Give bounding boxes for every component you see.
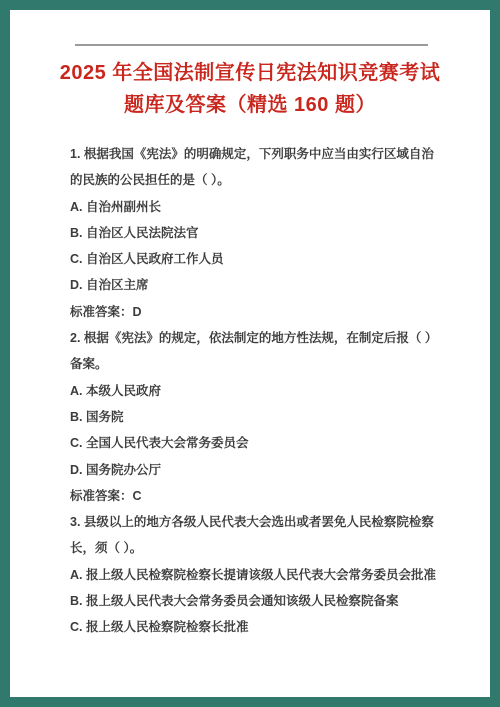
question-1-text-line-2: 的民族的公民担任的是（ ）。 bbox=[70, 167, 460, 193]
document-page: 2025 年全国法制宣传日宪法知识竞赛考试 题库及答案（精选 160 题） 1.… bbox=[0, 0, 500, 707]
question-1-option-a: A. 自治州副州长 bbox=[70, 194, 460, 220]
question-1-text-line-1: 1. 根据我国《宪法》的明确规定，下列职务中应当由实行区域自治 bbox=[70, 141, 460, 167]
page-title-line-1: 2025 年全国法制宣传日宪法知识竞赛考试 bbox=[10, 57, 490, 89]
question-3-text-line-2: 长，须（ ）。 bbox=[70, 535, 460, 561]
question-list: 1. 根据我国《宪法》的明确规定，下列职务中应当由实行区域自治 的民族的公民担任… bbox=[70, 141, 460, 641]
question-1-option-c: C. 自治区人民政府工作人员 bbox=[70, 246, 460, 272]
question-3-option-b: B. 报上级人民代表大会常务委员会通知该级人民检察院备案 bbox=[70, 588, 460, 614]
question-2-text-line-2: 备案。 bbox=[70, 351, 460, 377]
title-divider-line bbox=[75, 44, 428, 46]
question-2-option-c: C. 全国人民代表大会常务委员会 bbox=[70, 430, 460, 456]
question-2-text-line-1: 2. 根据《宪法》的规定，依法制定的地方性法规，在制定后报（ ） bbox=[70, 325, 460, 351]
question-1-option-d: D. 自治区主席 bbox=[70, 272, 460, 298]
question-1-answer: 标准答案：D bbox=[70, 299, 460, 325]
question-3-option-c: C. 报上级人民检察院检察长批准 bbox=[70, 614, 460, 640]
page-title: 2025 年全国法制宣传日宪法知识竞赛考试 题库及答案（精选 160 题） bbox=[10, 57, 490, 121]
question-2-option-b: B. 国务院 bbox=[70, 404, 460, 430]
page-sheet: 2025 年全国法制宣传日宪法知识竞赛考试 题库及答案（精选 160 题） 1.… bbox=[10, 10, 490, 697]
question-3-text-line-1: 3. 县级以上的地方各级人民代表大会选出或者罢免人民检察院检察 bbox=[70, 509, 460, 535]
question-2-option-a: A. 本级人民政府 bbox=[70, 378, 460, 404]
page-title-line-2: 题库及答案（精选 160 题） bbox=[10, 89, 490, 121]
question-3-option-a: A. 报上级人民检察院检察长提请该级人民代表大会常务委员会批准 bbox=[70, 562, 460, 588]
question-1-option-b: B. 自治区人民法院法官 bbox=[70, 220, 460, 246]
question-2-answer: 标准答案：C bbox=[70, 483, 460, 509]
question-2-option-d: D. 国务院办公厅 bbox=[70, 457, 460, 483]
